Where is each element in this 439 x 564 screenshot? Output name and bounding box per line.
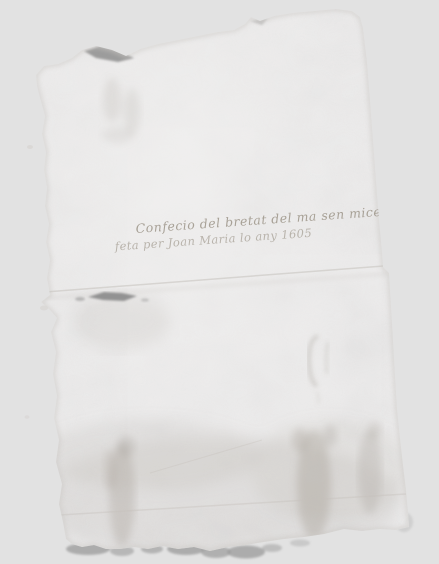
manuscript-scan: Confecio del bretat del ma sen micel fet… (0, 0, 439, 564)
ghost-stain-midleft (74, 294, 170, 350)
scan-canvas: Confecio del bretat del ma sen micel fet… (0, 0, 439, 564)
paper-sheet: Confecio del bretat del ma sen micel fet… (20, 0, 420, 564)
